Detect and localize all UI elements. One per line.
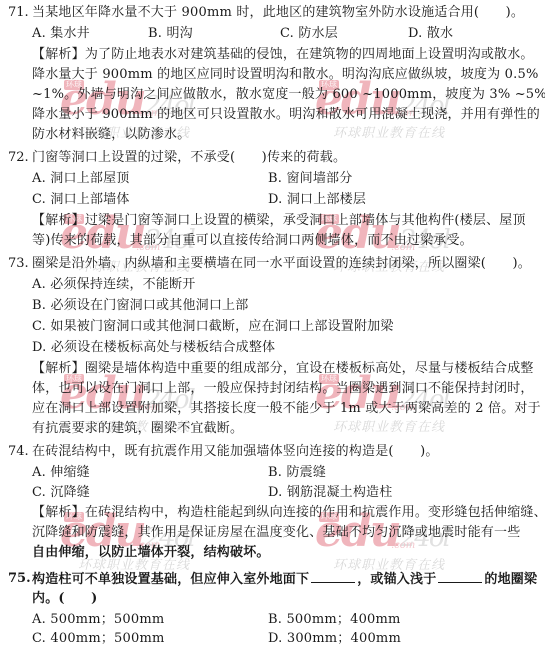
option-d[interactable]: D. 300mm；400mm — [268, 630, 401, 646]
analysis-line: 【解析】在砖混结构中，构造柱能起到纵向连接的作用和抗震作用。变形缝包括伸缩缝、 — [32, 504, 545, 522]
option-b[interactable]: B. 窗间墙部分 — [268, 170, 352, 188]
analysis-line: 防水材料嵌缝，以防渗水。 — [32, 126, 190, 144]
question-stem: 构造柱可不单独设置基础，但应伸入室外地面下，或锚入浅于的地圈梁 — [32, 570, 537, 589]
question-stem: 门窗等洞口上设置的过梁，不承受( )传来的荷载。 — [32, 149, 346, 167]
analysis-line: 降水量小于 900mm 的地区可只设置散水。明沟和散水可用混凝土现浇，并用有弹性… — [32, 106, 540, 124]
exam-page: 环球 edu24ol .com 环球职业教育在线 环球 edu24ol .com… — [0, 0, 545, 646]
analysis-line: 【解析】为了防止地表水对建筑基础的侵蚀，在建筑物的四周地面上设置明沟或散水。 — [32, 46, 534, 64]
option-c[interactable]: C. 沉降缝 — [32, 484, 90, 502]
option-c[interactable]: C. 洞口上部墙体 — [32, 191, 130, 209]
question-number: 72. — [8, 149, 29, 167]
question-stem: 在砖混结构中，既有抗震作用又能加强墙体竖向连接的构造是( )。 — [32, 443, 439, 461]
option-c[interactable]: C. 防水层 — [280, 25, 338, 43]
analysis-line: 应在洞口上部设置附加梁，其搭接长度一般不能少于 1m 或大于两梁高差的 2 倍。… — [32, 400, 541, 418]
analysis-line: 【解析】圈梁是墙体构造中重要的组成部分，宜设在楼板标高处，尽量与楼板结合成整 — [32, 360, 534, 378]
question-number: 71. — [8, 4, 29, 22]
option-b[interactable]: B. 防震缝 — [268, 464, 326, 482]
question-number: 74. — [8, 443, 29, 461]
watermark-subtitle: 环球职业教育在线 — [333, 416, 445, 435]
analysis-line: 沉降缝和防震缝，其作用是保证房屋在温度变化、基础不均匀沉降或地震时能有一些 — [32, 524, 520, 542]
option-d[interactable]: D. 散水 — [408, 25, 453, 43]
watermark-subtitle: 环球职业教育在线 — [333, 122, 445, 141]
question-stem-continued: 内。( ) — [32, 590, 98, 608]
analysis-tag: 【解析】 — [32, 361, 85, 376]
analysis-tag: 【解析】 — [32, 47, 85, 62]
option-c[interactable]: C. 400mm；500mm — [32, 630, 165, 646]
question-number: 73. — [8, 255, 29, 273]
option-b[interactable]: B. 必须设在门窗洞口或其他洞口上部 — [32, 297, 248, 315]
option-d[interactable]: D. 洞口上部楼层 — [268, 191, 366, 209]
analysis-tag: 【解析】 — [32, 505, 85, 520]
option-b[interactable]: B. 500mm；400mm — [268, 611, 401, 629]
analysis-line: 体，也可以设在门洞口上部，一般应保持封闭结构。当圈梁遇到洞口不能保持封闭时， — [32, 380, 534, 398]
option-d[interactable]: D. 钢筋混凝土构造柱 — [268, 484, 392, 502]
question-stem: 圈梁是沿外墙、内纵墙和主要横墙在同一水平面设置的连续封闭梁，所以圈梁( )。 — [32, 255, 531, 273]
option-b[interactable]: B. 明沟 — [148, 25, 193, 43]
blank-2[interactable] — [438, 570, 482, 583]
question-number: 75. — [8, 570, 31, 588]
option-c[interactable]: C. 如果被门窗洞口或其他洞口截断，应在洞口上部设置附加梁 — [32, 318, 394, 336]
option-a[interactable]: A. 必须保持连续，不能断开 — [32, 276, 195, 294]
option-a[interactable]: A. 洞口上部屋顶 — [32, 170, 129, 188]
analysis-tag: 【解析】 — [32, 213, 85, 228]
option-a[interactable]: A. 500mm；500mm — [32, 611, 164, 629]
analysis-line: 降水量大于 900mm 的地区应同时设置明沟和散水。明沟沟底应做纵坡，坡度为 0… — [32, 66, 539, 84]
analysis-line: ~1%。外墙与明沟之间应做散水，散水宽度一般为 600 ~1000mm，坡度为 … — [32, 86, 545, 104]
option-d[interactable]: D. 必须设在楼板标高处与楼板结合成整体 — [32, 339, 275, 357]
blank-1[interactable] — [311, 570, 355, 583]
analysis-line: 【解析】过梁是门窗等洞口上设置的横梁，承受洞口上部墙体与其他构件(楼层、屋顶 — [32, 212, 526, 230]
option-a[interactable]: A. 集水井 — [32, 25, 90, 43]
question-stem: 当某地区年降水量不大于 900mm 时，此地区的建筑物室外防水设施适合用( )。 — [32, 4, 524, 22]
analysis-line: 自由伸缩，以防止墙体开裂，结构破坏。 — [32, 544, 270, 562]
analysis-line: 有抗震要求的建筑，圈梁不宜截断。 — [32, 420, 243, 438]
option-a[interactable]: A. 伸缩缝 — [32, 464, 90, 482]
analysis-line: 等)传来的荷载，其部分自重可以直接传给洞口两侧墙体，而不由过梁承受。 — [32, 232, 473, 250]
